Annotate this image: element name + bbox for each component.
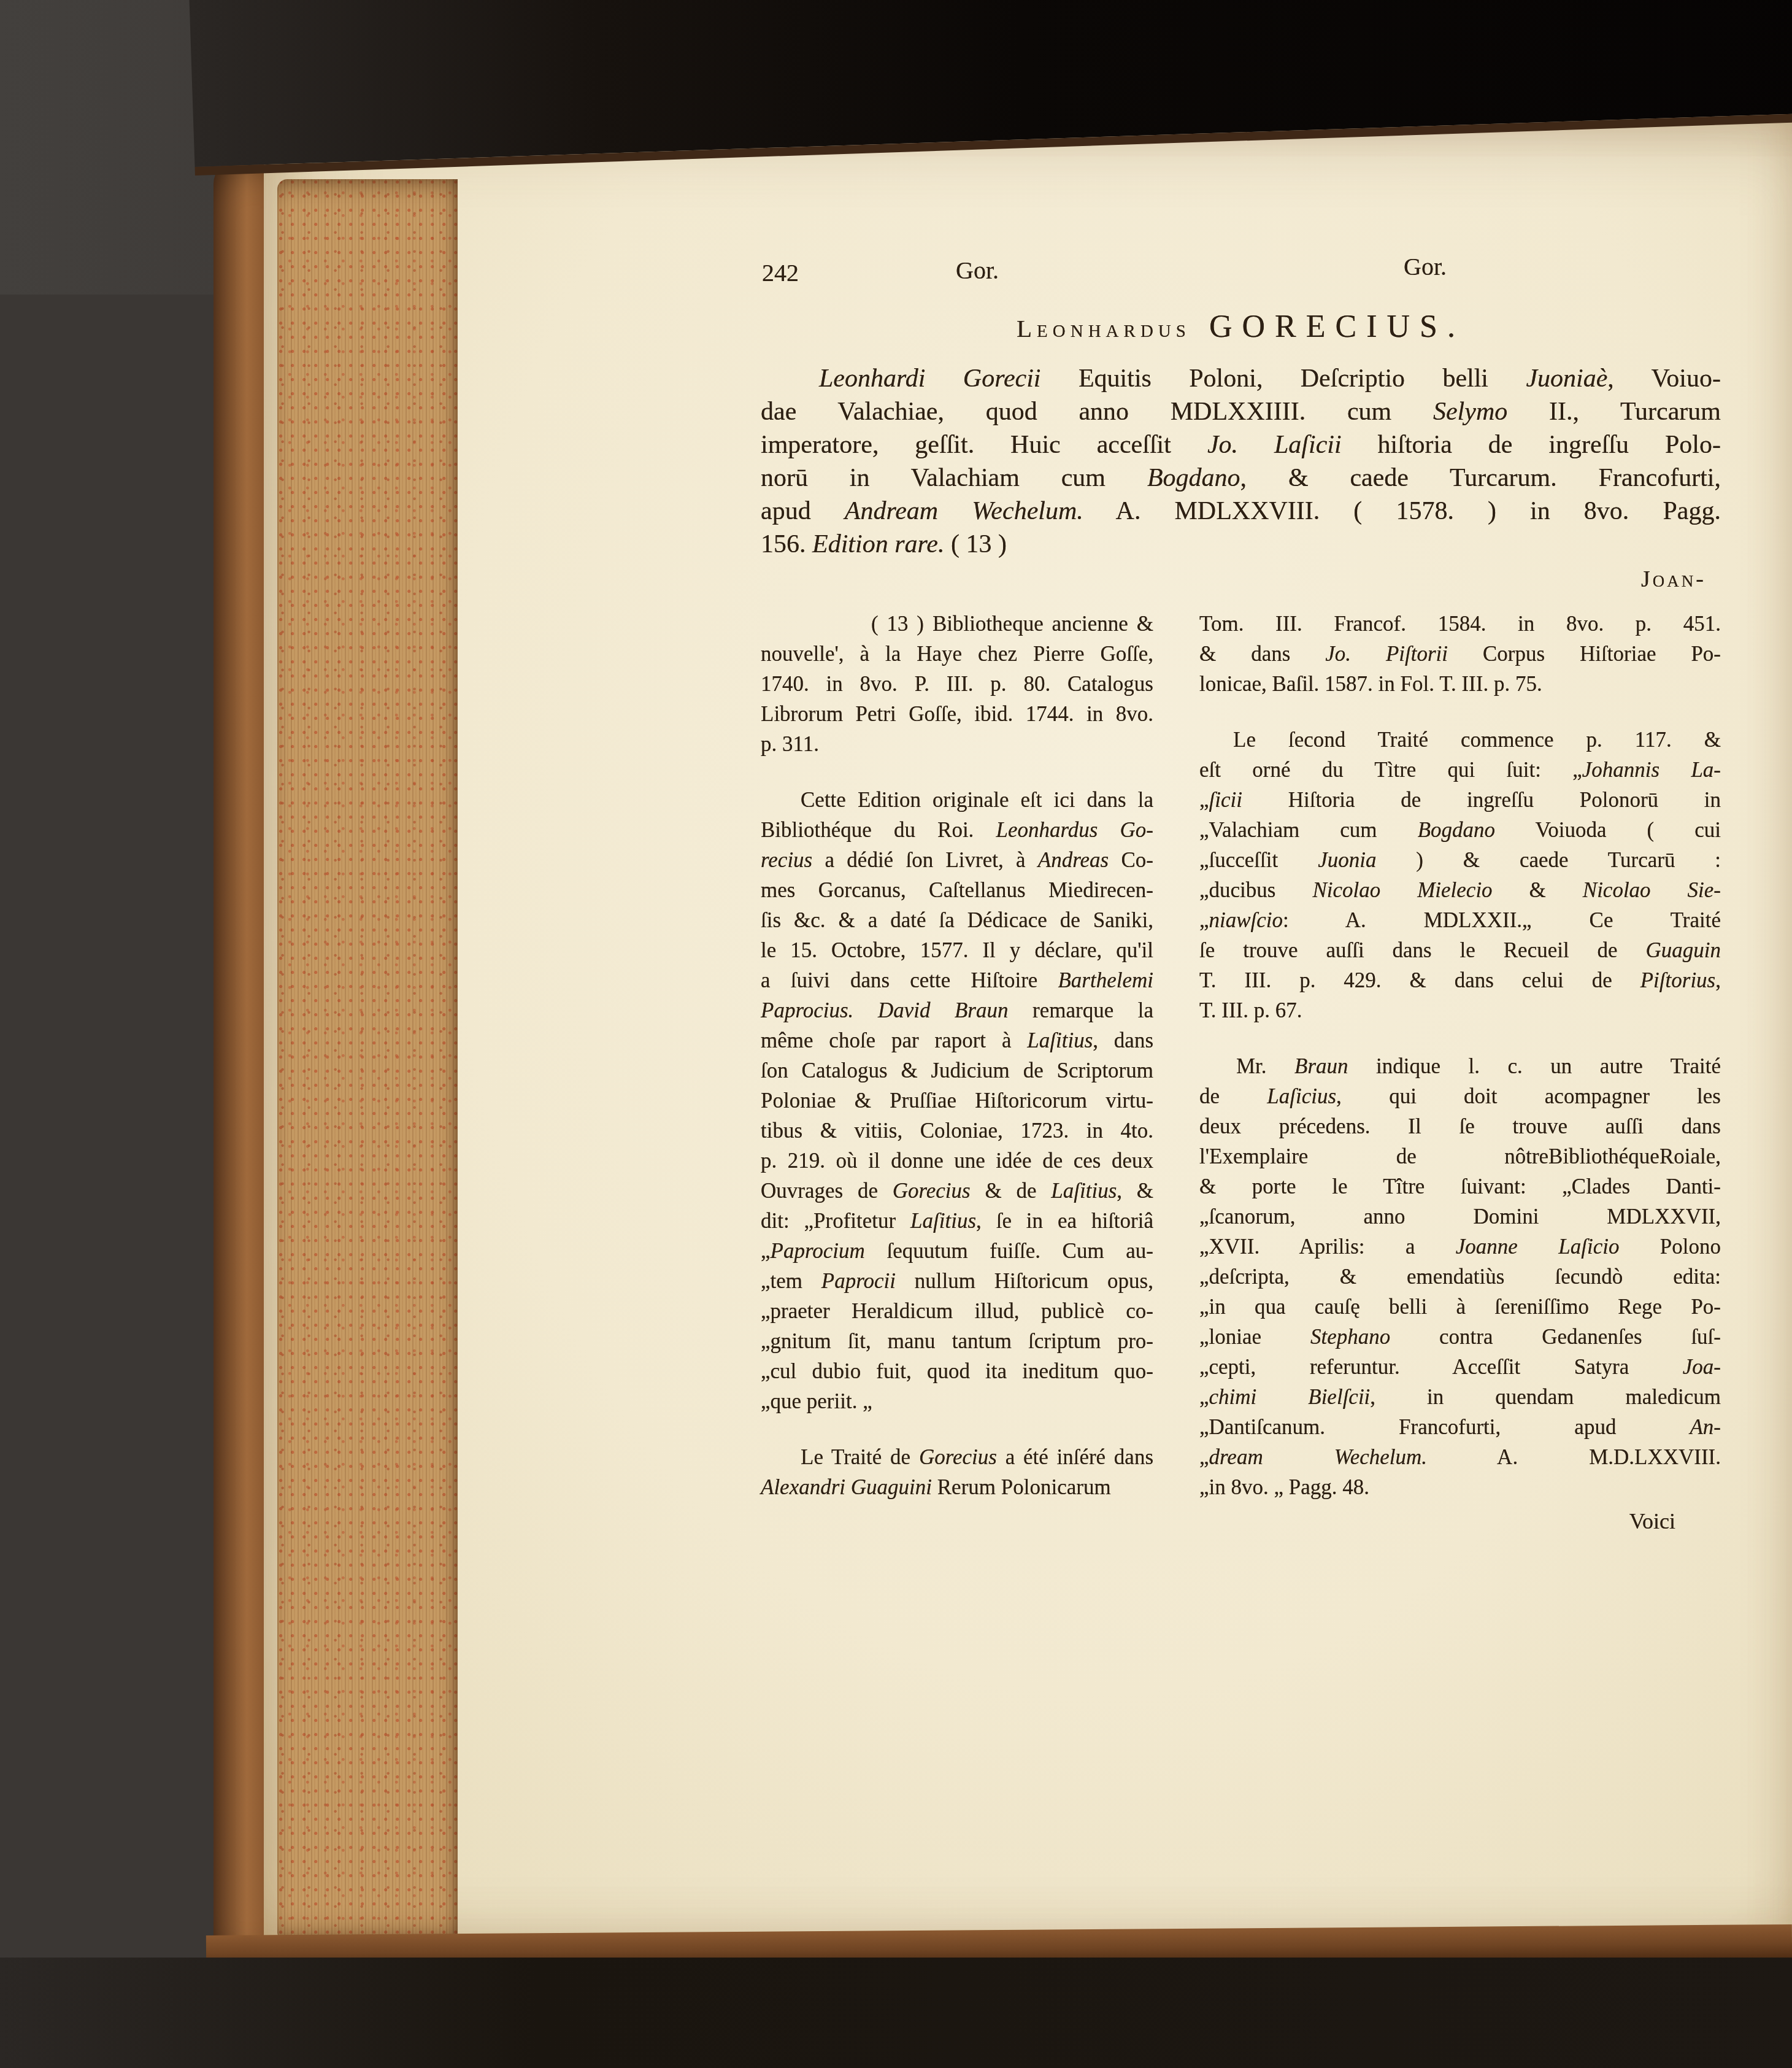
text-line: & porte le Tître ſuivant: „Clades Danti- xyxy=(1199,1171,1721,1202)
text-line: dit: „Profitetur Laſitius, ſe in ea hiſt… xyxy=(761,1206,1153,1236)
catchword-joan: Joan- xyxy=(761,566,1721,593)
entry-heading-forename: Leonhardus xyxy=(1017,314,1191,342)
paragraph: Cette Edition originale eſt ici dans laB… xyxy=(761,785,1153,1416)
text-line: „cepti, referuntur. Acceſſit Satyra Joa- xyxy=(1199,1352,1721,1382)
text-line: Alexandri Guaguini Rerum Polonicarum xyxy=(761,1472,1153,1502)
text-line: le 15. Octobre, 1577. Il y déclare, qu'i… xyxy=(761,935,1153,965)
text-line: „in 8vo. „ Pagg. 48. xyxy=(1199,1472,1721,1502)
text-line: Ouvrages de Gorecius & de Laſitius, & xyxy=(761,1176,1153,1206)
text-line: „dream Wechelum. A. M.D.LXXVIII. xyxy=(1199,1442,1721,1472)
paragraph: Le ſecond Traité commence p. 117. &eſt o… xyxy=(1199,725,1721,1025)
entry-heading: LeonhardusGORECIUS. xyxy=(761,309,1721,345)
two-column-notes: ( 13 ) Bibliotheque ancienne &nouvelle',… xyxy=(761,609,1721,1502)
text-line: „XVII. Aprilis: a Joanne Laſicio Polono xyxy=(1199,1232,1721,1262)
text-line: „ſicii Hiſtoria de ingreſſu Polonorū in xyxy=(1199,785,1721,815)
text-line: Bibliothéque du Roi. Leonhardus Go- xyxy=(761,815,1153,845)
text-line: „cul dubio fuit, quod ita ineditum quo- xyxy=(761,1356,1153,1386)
text-line: „tem Paprocii nullum Hiſtoricum opus, xyxy=(761,1266,1153,1296)
left-column: ( 13 ) Bibliotheque ancienne &nouvelle',… xyxy=(761,609,1153,1502)
text-line: apud Andream Wechelum. A. MDLXXVIII. ( 1… xyxy=(761,495,1721,528)
page-header: 242 Gor. Gor. xyxy=(761,258,1721,295)
text-line: Le ſecond Traité commence p. 117. & xyxy=(1199,725,1721,755)
text-line: nouvelle', à la Haye chez Pierre Goſſe, xyxy=(761,639,1153,669)
paragraph: Mr. Braun indique l. c. un autre Traitéd… xyxy=(1199,1051,1721,1502)
text-line: Leonhardi Gorecii Equitis Poloni, Deſcri… xyxy=(761,362,1721,395)
text-line: imperatore, geſſit. Huic acceſſit Jo. La… xyxy=(761,428,1721,461)
page-fore-edge-speckled xyxy=(277,179,458,1938)
text-line: recius a dédié ſon Livret, à Andreas Co- xyxy=(761,845,1153,875)
main-entry-paragraph: Leonhardi Gorecii Equitis Poloni, Deſcri… xyxy=(761,362,1721,561)
text-line: Librorum Petri Goſſe, ibid. 1744. in 8vo… xyxy=(761,699,1153,729)
page-content: 242 Gor. Gor. LeonhardusGORECIUS. Leonha… xyxy=(761,249,1721,1534)
text-line: a ſuivi dans cette Hiſtoire Barthelemi xyxy=(761,965,1153,995)
text-line: p. 219. où il donne une idée de ces deux xyxy=(761,1146,1153,1176)
text-line: „ducibus Nicolao Mielecio & Nicolao Sie- xyxy=(1199,875,1721,905)
text-line: l'Exemplaire de nôtreBibliothéqueRoiale, xyxy=(1199,1141,1721,1171)
running-head-right: Gor. xyxy=(1404,252,1447,281)
text-line: „ſucceſſit Juonia ) & caede Turcarū : xyxy=(1199,845,1721,875)
running-head-left: Gor. xyxy=(956,256,999,285)
text-line: „in qua cauſę belli à ſereniſſimo Rege P… xyxy=(1199,1292,1721,1322)
right-column: Tom. III. Francof. 1584. in 8vo. p. 451.… xyxy=(1199,609,1721,1502)
paragraph: Leonhardi Gorecii Equitis Poloni, Deſcri… xyxy=(761,362,1721,561)
text-line: tibus & vitiis, Coloniae, 1723. in 4to. xyxy=(761,1116,1153,1146)
text-line: même choſe par raport à Laſitius, dans xyxy=(761,1025,1153,1055)
text-line: „Valachiam cum Bogdano Voiuoda ( cui xyxy=(1199,815,1721,845)
page-number: 242 xyxy=(762,258,799,287)
text-line: 156. Edition rare. ( 13 ) xyxy=(761,528,1721,561)
text-line: „loniae Stephano contra Gedanenſes ſuſ- xyxy=(1199,1322,1721,1352)
text-line: mes Gorcanus, Caſtellanus Miedirecen- xyxy=(761,875,1153,905)
text-line: ſon Catalogus & Judicium de Scriptorum xyxy=(761,1055,1153,1086)
text-line: „que periit. „ xyxy=(761,1386,1153,1416)
catchword-voici: Voici xyxy=(761,1508,1721,1534)
paragraph: Le Traité de Gorecius a été inſéré dansA… xyxy=(761,1442,1153,1502)
text-line: „deſcripta, & emendatiùs ſecundò edita: xyxy=(1199,1262,1721,1292)
text-line: T. III. p. 429. & dans celui de Piſtoriu… xyxy=(1199,965,1721,995)
text-line: Poloniae & Pruſſiae Hiſtoricorum virtu- xyxy=(761,1086,1153,1116)
text-line: norū in Valachiam cum Bogdano, & caede T… xyxy=(761,461,1721,495)
text-line: „chimi Bielſcii, in quendam maledicum xyxy=(1199,1382,1721,1412)
entry-heading-surname: GORECIUS. xyxy=(1209,309,1465,344)
text-line: 1740. in 8vo. P. III. p. 80. Catalogus xyxy=(761,669,1153,699)
text-line: Cette Edition originale eſt ici dans la xyxy=(761,785,1153,815)
text-line: Le Traité de Gorecius a été inſéré dans xyxy=(761,1442,1153,1472)
text-line: deux précedens. Il ſe trouve auſſi dans xyxy=(1199,1111,1721,1141)
text-line: p. 311. xyxy=(761,729,1153,759)
paragraph: Tom. III. Francof. 1584. in 8vo. p. 451.… xyxy=(1199,609,1721,699)
text-line: „gnitum ſit, manu tantum ſcriptum pro- xyxy=(761,1326,1153,1356)
text-line: „Dantiſcanum. Francofurti, apud An- xyxy=(1199,1412,1721,1442)
text-line: lonicae, Baſil. 1587. in Fol. T. III. p.… xyxy=(1199,669,1721,699)
text-line: ( 13 ) Bibliotheque ancienne & xyxy=(761,609,1153,639)
text-line: Mr. Braun indique l. c. un autre Traité xyxy=(1199,1051,1721,1081)
text-line: Paprocius. David Braun remarque la xyxy=(761,995,1153,1025)
text-line: „ſcanorum, anno Domini MDLXXVII, xyxy=(1199,1202,1721,1232)
text-line: Tom. III. Francof. 1584. in 8vo. p. 451. xyxy=(1199,609,1721,639)
text-line: „praeter Heraldicum illud, publicè co- xyxy=(761,1296,1153,1326)
text-line: ſe trouve auſſi dans le Recueil de Guagu… xyxy=(1199,935,1721,965)
text-line: & dans Jo. Piſtorii Corpus Hiſtoriae Po- xyxy=(1199,639,1721,669)
text-line: de Laſicius, qui doit acompagner les xyxy=(1199,1081,1721,1111)
text-line: „niawſcio: A. MDLXXII.„ Ce Traité xyxy=(1199,905,1721,935)
book-photo: 242 Gor. Gor. LeonhardusGORECIUS. Leonha… xyxy=(0,0,1792,2068)
text-line: ſis &c. & a daté ſa Dédicace de Saniki, xyxy=(761,905,1153,935)
text-line: „Paprocium ſequutum fuiſſe. Cum au- xyxy=(761,1236,1153,1266)
paragraph: ( 13 ) Bibliotheque ancienne &nouvelle',… xyxy=(761,609,1153,759)
book-page: 242 Gor. Gor. LeonhardusGORECIUS. Leonha… xyxy=(264,114,1792,1945)
background-bottom xyxy=(0,1958,1792,2068)
text-line: T. III. p. 67. xyxy=(1199,995,1721,1025)
text-line: eſt orné du Tìtre qui ſuit: „Johannis La… xyxy=(1199,755,1721,785)
text-line: dae Valachiae, quod anno MDLXXIIII. cum … xyxy=(761,395,1721,428)
